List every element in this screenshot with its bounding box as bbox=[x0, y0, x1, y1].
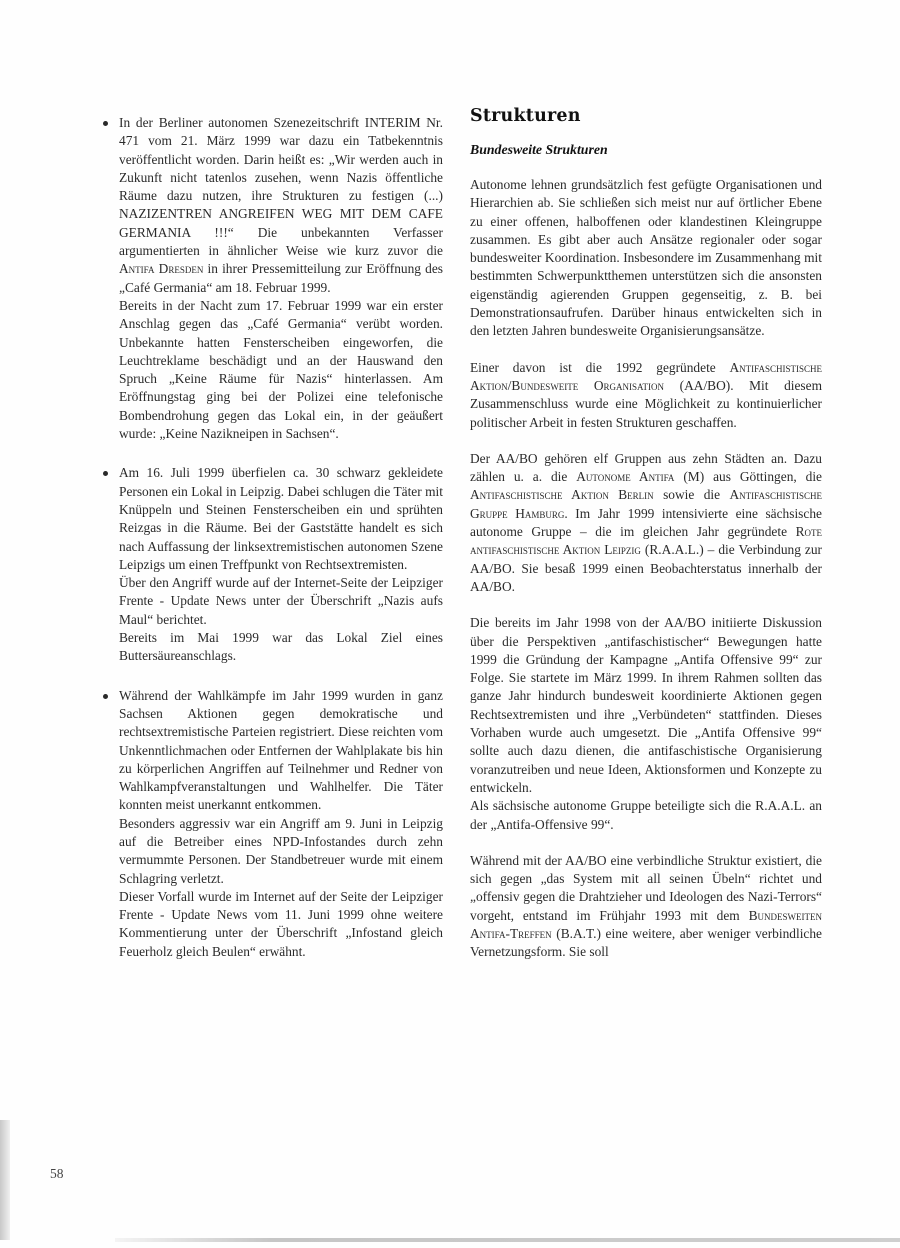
paragraph-bat: Während mit der AA/BO eine verbindliche … bbox=[470, 852, 822, 962]
scan-shadow-bottom bbox=[115, 1238, 900, 1242]
paragraph: Bereits in der Nacht zum 17. Februar 199… bbox=[119, 297, 443, 443]
paragraph-aabo-founding: Einer davon ist die 1992 gegründete Anti… bbox=[470, 359, 822, 432]
right-column: Strukturen Bundesweite Strukturen Autono… bbox=[470, 105, 822, 980]
paragraph: Besonders aggressiv war ein Angriff am 9… bbox=[119, 815, 443, 888]
scan-shadow-left bbox=[0, 1120, 10, 1240]
bullet-item-leipzig-attack: Am 16. Juli 1999 überfielen ca. 30 schwa… bbox=[103, 464, 443, 665]
organization-name: Antifa Dresden bbox=[119, 261, 203, 276]
bullet-item-interim: In der Berliner autonomen Szenezeitschri… bbox=[103, 114, 443, 443]
bullet-icon bbox=[103, 121, 108, 126]
paragraph-aabo-members: Der AA/BO gehören elf Gruppen aus zehn S… bbox=[470, 450, 822, 596]
section-title: Strukturen bbox=[470, 105, 822, 127]
organization-name: Autonome Antifa bbox=[576, 469, 674, 484]
bullet-icon bbox=[103, 471, 108, 476]
paragraph: Über den Angriff wurde auf der Internet-… bbox=[119, 574, 443, 629]
bullet-item-election-campaigns: Während der Wahlkämpfe im Jahr 1999 wurd… bbox=[103, 687, 443, 961]
subsection-title: Bundesweite Strukturen bbox=[470, 141, 822, 159]
paragraph: Dieser Vorfall wurde im Internet auf der… bbox=[119, 888, 443, 961]
paragraph-autonome: Autonome lehnen grundsätzlich fest gefüg… bbox=[470, 176, 822, 341]
organization-name: Antifaschistische Aktion Berlin bbox=[470, 487, 654, 502]
paragraph: Bereits im Mai 1999 war das Lokal Ziel e… bbox=[119, 629, 443, 666]
page-number: 58 bbox=[50, 1166, 64, 1182]
paragraph: Am 16. Juli 1999 überfielen ca. 30 schwa… bbox=[119, 464, 443, 574]
paragraph: Während der Wahlkämpfe im Jahr 1999 wurd… bbox=[119, 687, 443, 815]
left-column: In der Berliner autonomen Szenezeitschri… bbox=[103, 114, 443, 982]
bullet-icon bbox=[103, 694, 108, 699]
paragraph: In der Berliner autonomen Szenezeitschri… bbox=[119, 114, 443, 297]
paragraph-antifa-offensive: Die bereits im Jahr 1998 von der AA/BO i… bbox=[470, 614, 822, 834]
